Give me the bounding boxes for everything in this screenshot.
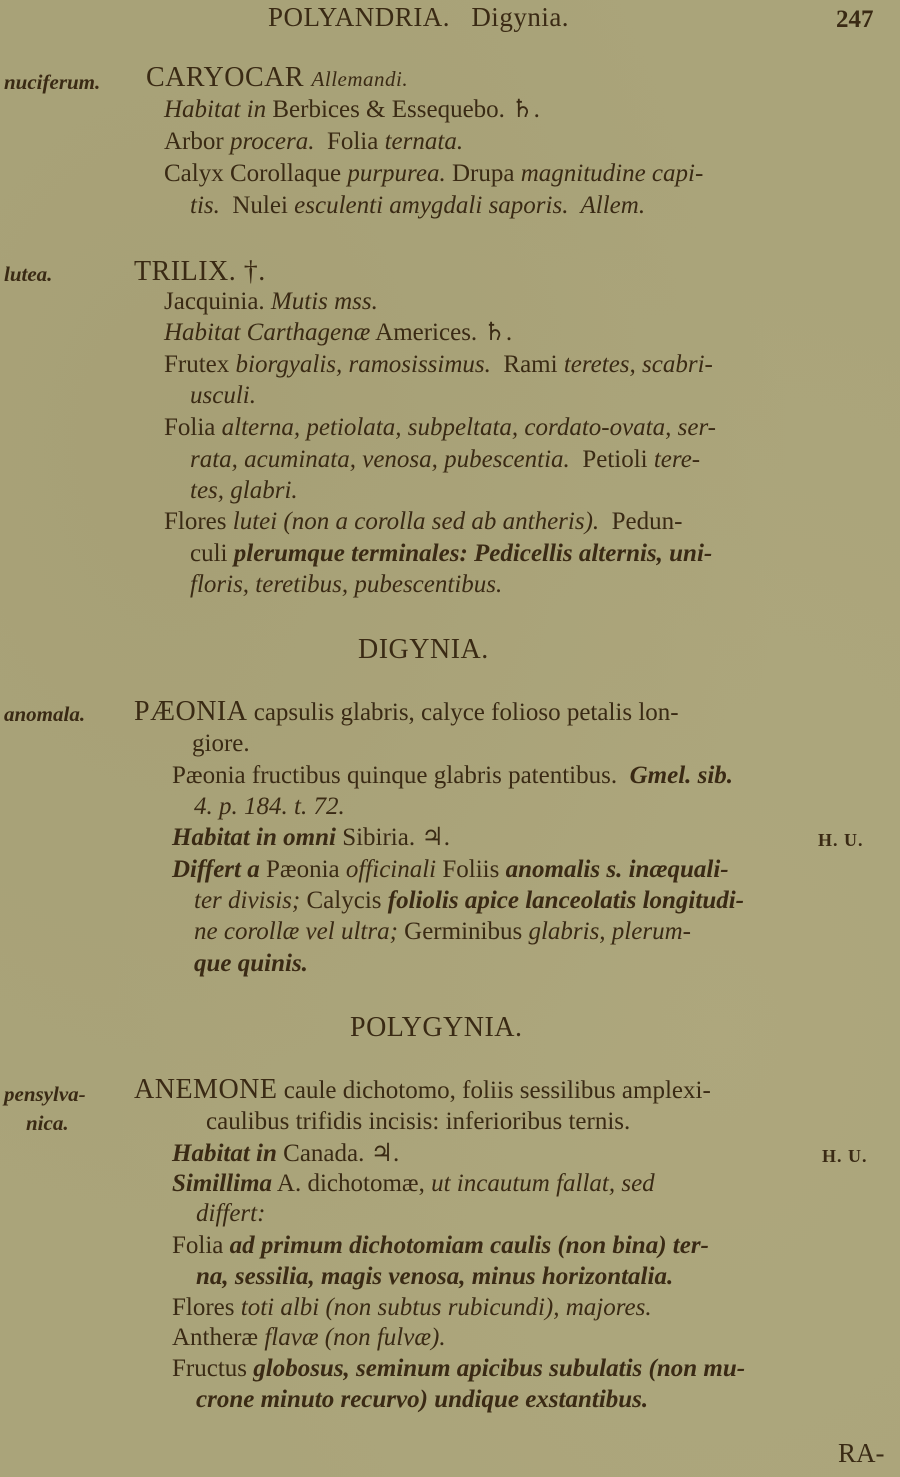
- entry-line: usculi.: [190, 380, 256, 411]
- genus-name: TRILIX. †.: [134, 256, 266, 288]
- habitat-line: Habitat in Canada. ♃.: [172, 1138, 399, 1169]
- entry-line: tes, glabri.: [190, 475, 298, 506]
- entry-line: Simillima A. dichotomæ, ut incautum fall…: [172, 1168, 655, 1199]
- entry-line: Calyx Corollaque purpurea. Drupa magnitu…: [164, 158, 703, 189]
- genus-name: ANEMONE: [134, 1074, 278, 1105]
- entry-line: Jacquinia. Mutis mss.: [164, 286, 378, 317]
- page-number: 247: [836, 6, 874, 34]
- entry-line: Antheræ flavæ (non fulvæ).: [172, 1322, 446, 1353]
- genus-name: PÆONIA: [134, 696, 247, 727]
- section-heading-polygynia: POLYGYNIA.: [350, 1012, 523, 1044]
- entry-line: floris, teretibus, pubescentibus.: [190, 569, 502, 600]
- entry-line: Folia alterna, petiolata, subpeltata, co…: [164, 412, 716, 443]
- entry-line: Fructus globosus, seminum apicibus subul…: [172, 1353, 745, 1384]
- entry-line: Differt a Pæonia officinali Foliis anoma…: [172, 854, 729, 885]
- synonym-line: Pæonia fructibus quinque glabris patenti…: [172, 760, 733, 791]
- habitat-line: Habitat in omni Sibiria. ♃.: [172, 822, 450, 853]
- entry-line: ter divisis; Calycis foliolis apice lanc…: [194, 885, 744, 916]
- entry-line: Habitat Carthagenæ Americes. ♄.: [164, 317, 512, 348]
- genus-name: CARYOCAR Allemandi.: [146, 62, 408, 94]
- entry-line: Arbor procera. Folia ternata.: [164, 126, 463, 157]
- entry-line: giore.: [192, 728, 250, 759]
- entry-line: crone minuto recurvo) undique exstantibu…: [196, 1384, 648, 1415]
- entry-line: tis. Nulei esculenti amygdali saporis. A…: [190, 190, 645, 221]
- species-epithet: nuciferum.: [4, 70, 100, 95]
- entry-line: ne corollæ vel ultra; Germinibus glabris…: [194, 916, 691, 947]
- catchword: RA-: [838, 1438, 885, 1469]
- book-page: POLYANDRIA. Digynia. 247 nuciferum. CARY…: [0, 0, 900, 1477]
- authority: Allemandi.: [312, 67, 409, 91]
- species-epithet: lutea.: [4, 262, 52, 287]
- species-epithet: anomala.: [4, 702, 85, 727]
- entry-line: culi plerumque terminales: Pedicellis al…: [190, 538, 712, 569]
- hortus-mark: H. U.: [822, 1146, 868, 1167]
- entry-line: differt:: [196, 1198, 265, 1229]
- entry-line: Habitat in Berbices & Essequebo. ♄.: [164, 94, 540, 125]
- entry-line: Flores toti albi (non subtus rubicundi),…: [172, 1292, 652, 1323]
- section-heading-digynia: DIGYNIA.: [358, 634, 489, 666]
- running-title: POLYANDRIA.: [268, 2, 450, 32]
- running-header: POLYANDRIA. Digynia.: [268, 2, 569, 33]
- running-subtitle: Digynia.: [471, 2, 569, 32]
- hortus-mark: H. U.: [818, 830, 864, 851]
- entry-line: na, sessilia, magis venosa, minus horizo…: [196, 1261, 673, 1292]
- genus-line: PÆONIA capsulis glabris, calyce folioso …: [134, 696, 679, 728]
- entry-line: Flores lutei (non a corolla sed ab anthe…: [164, 506, 682, 537]
- entry-line: que quinis.: [194, 948, 308, 979]
- entry-line: rata, acuminata, venosa, pubescentia. Pe…: [190, 444, 700, 475]
- genus-line: ANEMONE caule dichotomo, foliis sessilib…: [134, 1074, 711, 1106]
- entry-line: Frutex biorgyalis, ramosissimus. Rami te…: [164, 349, 713, 380]
- species-epithet: pensylva-: [4, 1082, 86, 1107]
- synonym-ref-line: 4. p. 184. t. 72.: [194, 791, 345, 822]
- entry-line: caulibus trifidis incisis: inferioribus …: [206, 1106, 630, 1137]
- entry-line: Folia ad primum dichotomiam caulis (non …: [172, 1230, 709, 1261]
- species-epithet-cont: nica.: [26, 1111, 69, 1136]
